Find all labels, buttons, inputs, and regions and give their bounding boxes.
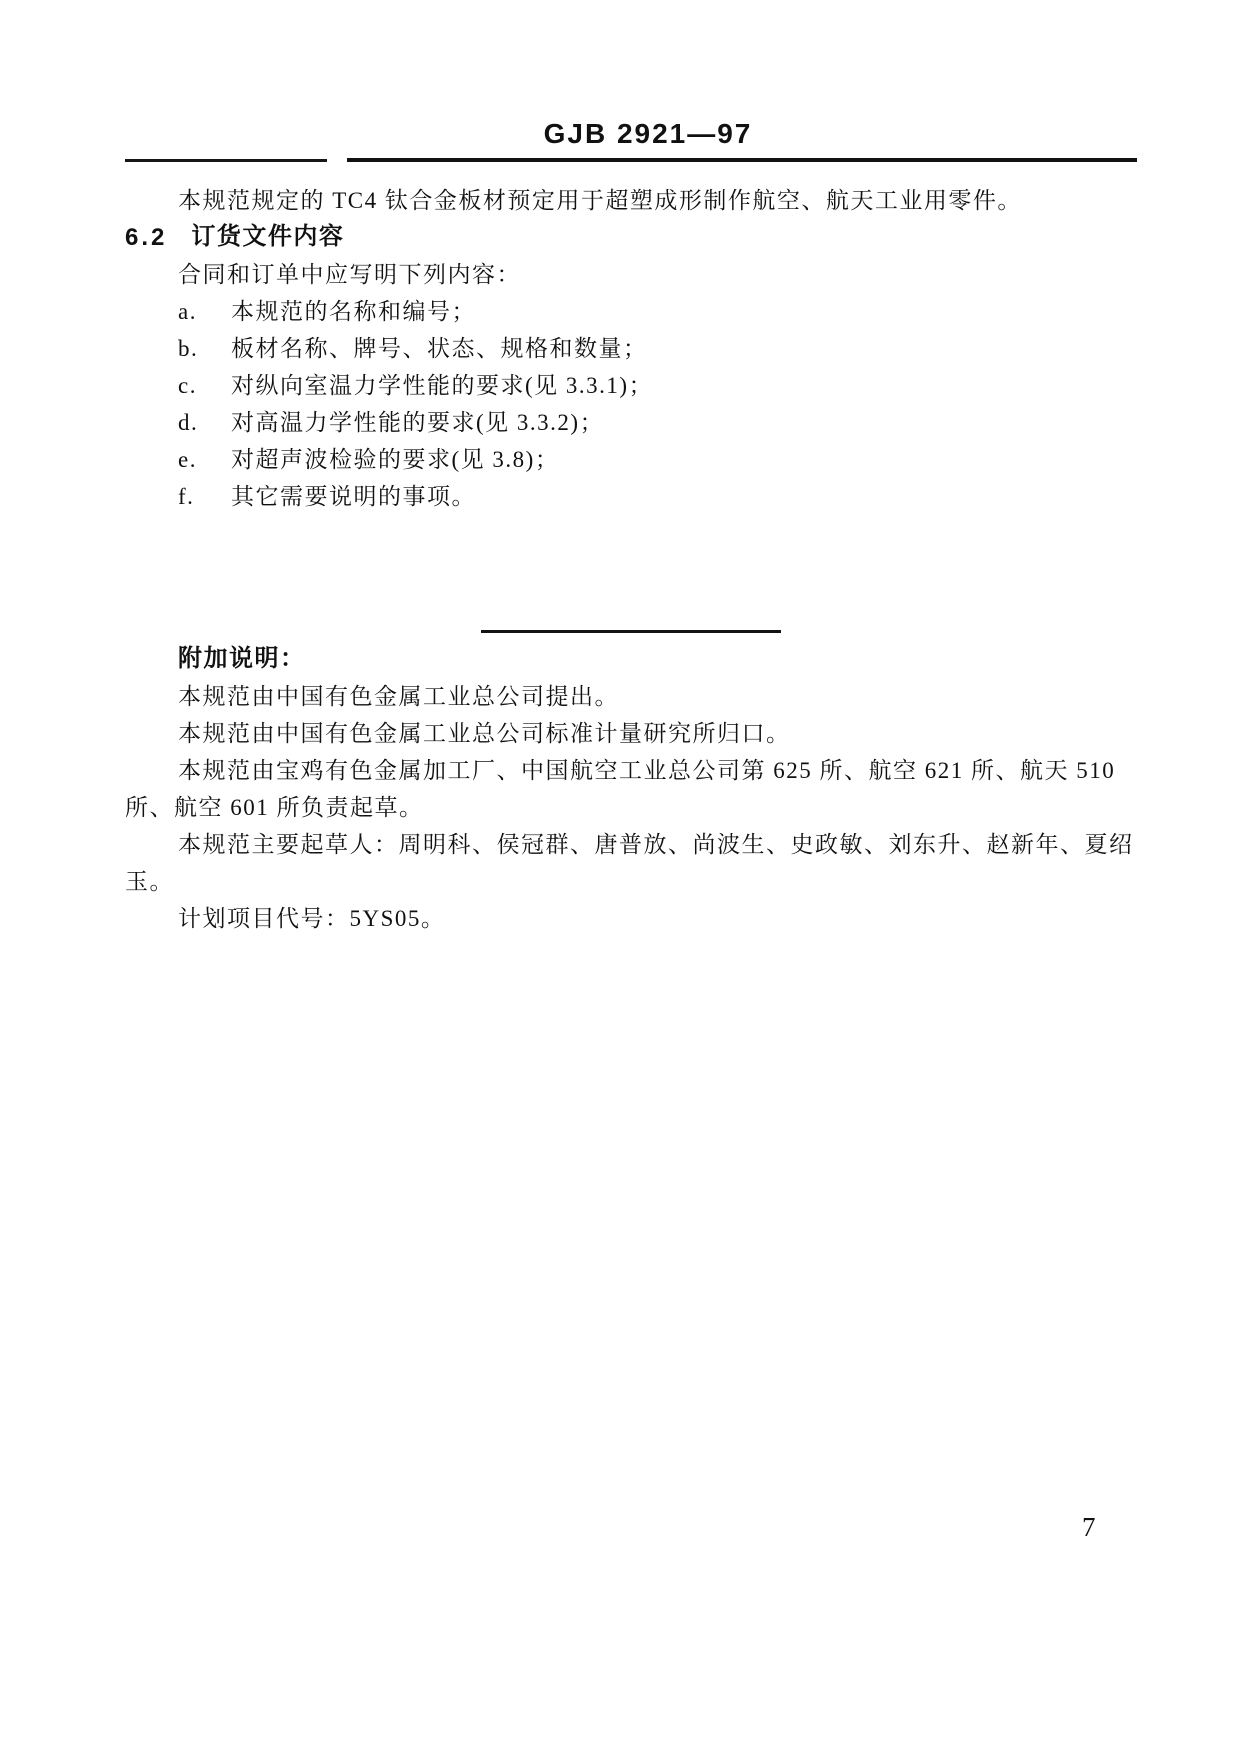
list-item-letter: d. — [178, 404, 231, 441]
list-item-text: 本规范的名称和编号； — [231, 293, 476, 330]
note-proposed-by: 本规范由中国有色金属工业总公司提出。 — [125, 678, 1137, 715]
list-item-a: a. 本规范的名称和编号； — [125, 293, 1137, 330]
list-item-d: d. 对高温力学性能的要求(见 3.3.2)； — [125, 404, 1137, 441]
document-body: 本规范规定的 TC4 钛合金板材预定用于超塑成形制作航空、航天工业用零件。 6.… — [125, 182, 1137, 937]
list-item-text: 对超声波检验的要求(见 3.8)； — [231, 441, 559, 478]
list-item-letter: e. — [178, 441, 231, 478]
list-item-c: c. 对纵向室温力学性能的要求(见 3.3.1)； — [125, 367, 1137, 404]
header-rule-left-segment — [125, 159, 327, 162]
doc-number-header: GJB 2921—97 — [0, 118, 1240, 150]
section-title: 订货文件内容 — [191, 219, 344, 256]
header-rule — [125, 158, 1137, 162]
note-project-code: 计划项目代号：5YS05。 — [125, 900, 1137, 937]
list-item-text: 其它需要说明的事项。 — [231, 478, 476, 515]
notes-title: 附加说明： — [125, 641, 1137, 678]
list-item-f: f. 其它需要说明的事项。 — [125, 478, 1137, 515]
note-drafted-by: 本规范由宝鸡有色金属加工厂、中国航空工业总公司第 625 所、航空 621 所、… — [125, 752, 1137, 826]
page-number: 7 — [1082, 1512, 1096, 1542]
list-item-letter: a. — [178, 293, 231, 330]
section-heading-6-2: 6.2 订货文件内容 — [125, 219, 1137, 256]
list-item-text: 对纵向室温力学性能的要求(见 3.3.1)； — [231, 367, 653, 404]
section-divider-rule — [481, 630, 781, 633]
list-item-text: 对高温力学性能的要求(见 3.3.2)； — [231, 404, 604, 441]
list-item-letter: c. — [178, 367, 231, 404]
list-item-text: 板材名称、牌号、状态、规格和数量； — [231, 330, 648, 367]
list-item-e: e. 对超声波检验的要求(见 3.8)； — [125, 441, 1137, 478]
list-item-letter: f. — [178, 478, 231, 515]
list-item-b: b. 板材名称、牌号、状态、规格和数量； — [125, 330, 1137, 367]
section-lead-paragraph: 合同和订单中应写明下列内容： — [125, 256, 1137, 293]
section-number: 6.2 — [125, 219, 167, 256]
intro-paragraph: 本规范规定的 TC4 钛合金板材预定用于超塑成形制作航空、航天工业用零件。 — [125, 182, 1137, 219]
header-rule-right-segment — [347, 158, 1137, 162]
note-managed-by: 本规范由中国有色金属工业总公司标准计量研究所归口。 — [125, 715, 1137, 752]
list-item-letter: b. — [178, 330, 231, 367]
document-page: GJB 2921—97 本规范规定的 TC4 钛合金板材预定用于超塑成形制作航空… — [0, 0, 1240, 1755]
note-drafters: 本规范主要起草人：周明科、侯冠群、唐普放、尚波生、史政敏、刘东升、赵新年、夏绍玉… — [125, 826, 1137, 900]
